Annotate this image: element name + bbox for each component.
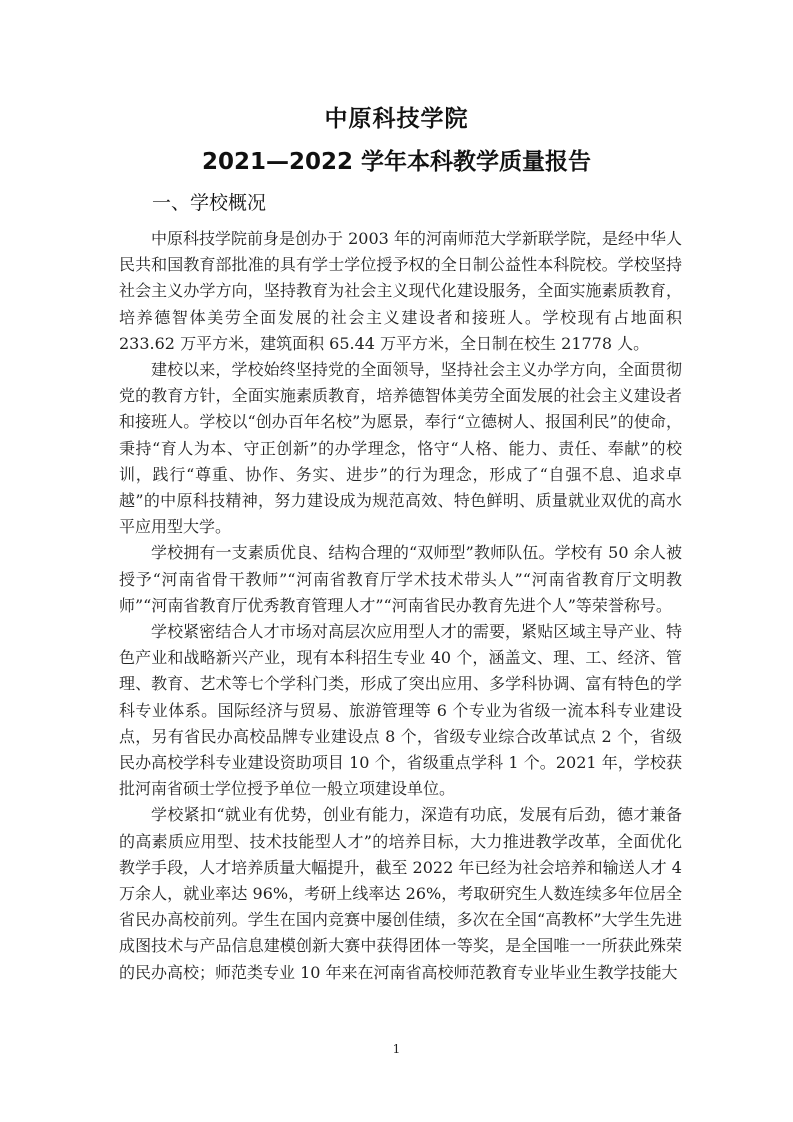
- paragraph-faculty: 学校拥有一支素质优良、结构合理的“双师型”教师队伍。学校有 50 余人被授予“河…: [119, 540, 682, 619]
- document-title: 中原科技学院: [0, 100, 793, 133]
- document-subtitle: 2021—2022 学年本科教学质量报告: [0, 143, 793, 176]
- paragraph-majors: 学校紧密结合人才市场对高层次应用型人才的需要，紧贴区域主导产业、特色产业和战略新…: [119, 619, 682, 802]
- paragraph-history: 中原科技学院前身是创办于 2003 年的河南师范大学新联学院，是经中华人民共和国…: [119, 226, 682, 357]
- document-body: 中原科技学院前身是创办于 2003 年的河南师范大学新联学院，是经中华人民共和国…: [119, 226, 682, 986]
- section-heading: 一、学校概况: [152, 188, 266, 215]
- paragraph-mission: 建校以来，学校始终坚持党的全面领导，坚持社会主义办学方向，全面贯彻党的教育方针，…: [119, 357, 682, 540]
- paragraph-talent-cultivation: 学校紧扣“就业有优势，创业有能力，深造有功底，发展有后劲，德才兼备的高素质应用型…: [119, 802, 682, 985]
- document-page: 中原科技学院 2021—2022 学年本科教学质量报告 一、学校概况 中原科技学…: [0, 0, 793, 1122]
- page-number: 1: [0, 1042, 793, 1056]
